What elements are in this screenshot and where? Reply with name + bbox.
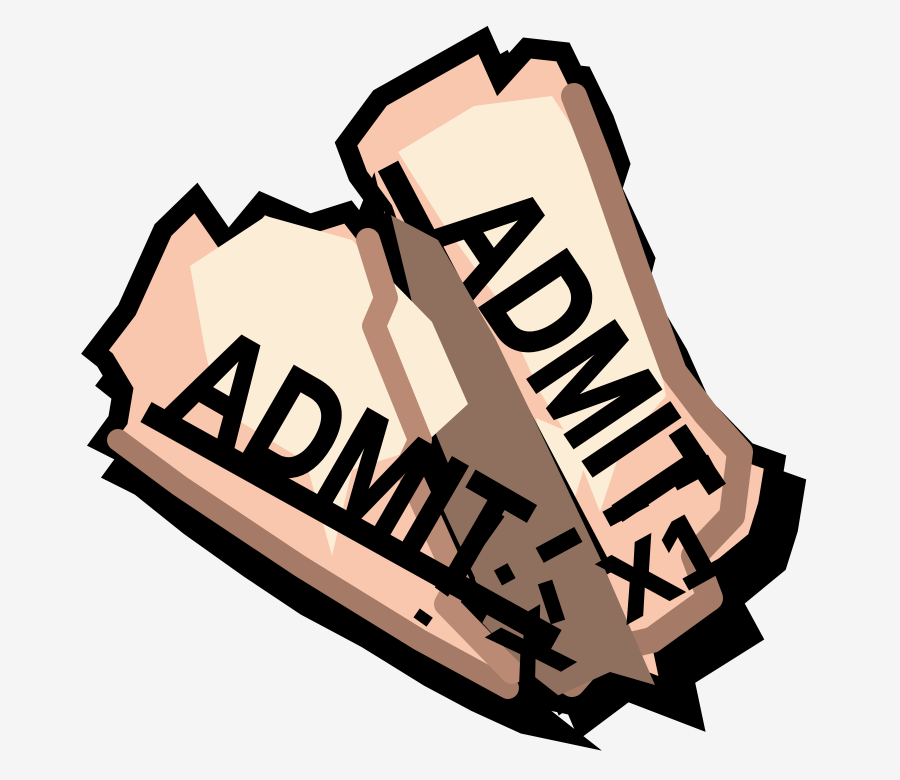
tickets-clipart-svg: ADMIT X1 ADMIT X	[0, 0, 900, 780]
ticket-illustration: ADMIT X1 ADMIT X	[0, 0, 900, 780]
